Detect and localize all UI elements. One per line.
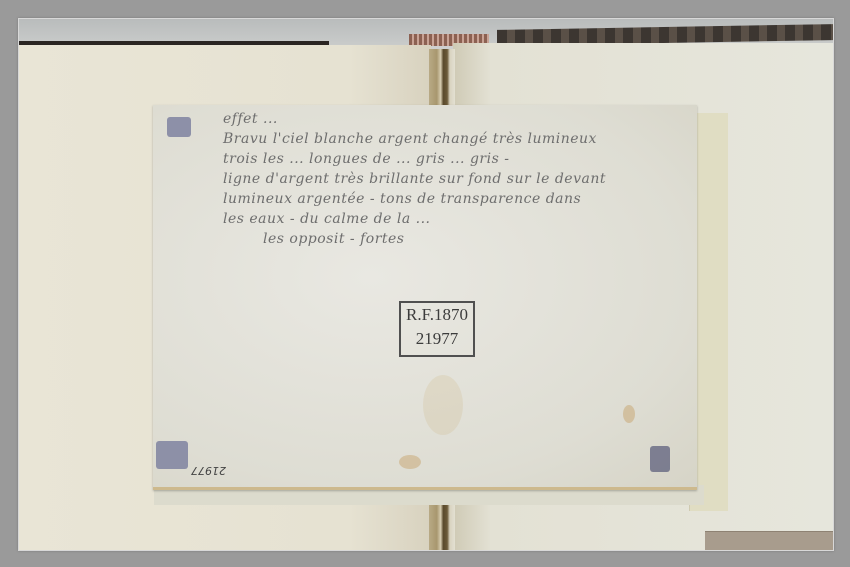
inscription-line: trois les ... longues de ... gris ... gr… bbox=[223, 149, 693, 169]
foxing-stain bbox=[623, 405, 635, 423]
inventory-number: 21977 bbox=[191, 464, 226, 477]
inscription-line: les eaux - du calme de la ... bbox=[223, 209, 693, 229]
pencil-inscription: effet ... Bravu l'ciel blanche argent ch… bbox=[223, 109, 693, 249]
brown-paper-strip bbox=[705, 531, 833, 551]
stamp-line-1: R.F.1870 bbox=[401, 303, 473, 327]
photo-frame: effet ... Bravu l'ciel blanche argent ch… bbox=[18, 18, 834, 551]
inscription-line: lumineux argentée - tons de transparence… bbox=[223, 189, 693, 209]
foxing-stain bbox=[423, 375, 463, 435]
hinge-stain-bottom-right bbox=[650, 446, 670, 472]
foxing-stain bbox=[399, 455, 421, 469]
drawing-sheet-verso: effet ... Bravu l'ciel blanche argent ch… bbox=[153, 105, 697, 490]
inscription-line: effet ... bbox=[223, 109, 693, 129]
hinge-stain-bottom-left bbox=[156, 441, 188, 469]
collection-stamp: R.F.1870 21977 bbox=[399, 301, 475, 357]
inscription-line: les opposit - fortes bbox=[223, 229, 693, 249]
stamp-line-2: 21977 bbox=[401, 327, 473, 351]
inscription-line: ligne d'argent très brillante sur fond s… bbox=[223, 169, 693, 189]
inscription-line: Bravu l'ciel blanche argent changé très … bbox=[223, 129, 693, 149]
hinge-stain-top-left bbox=[167, 117, 191, 137]
